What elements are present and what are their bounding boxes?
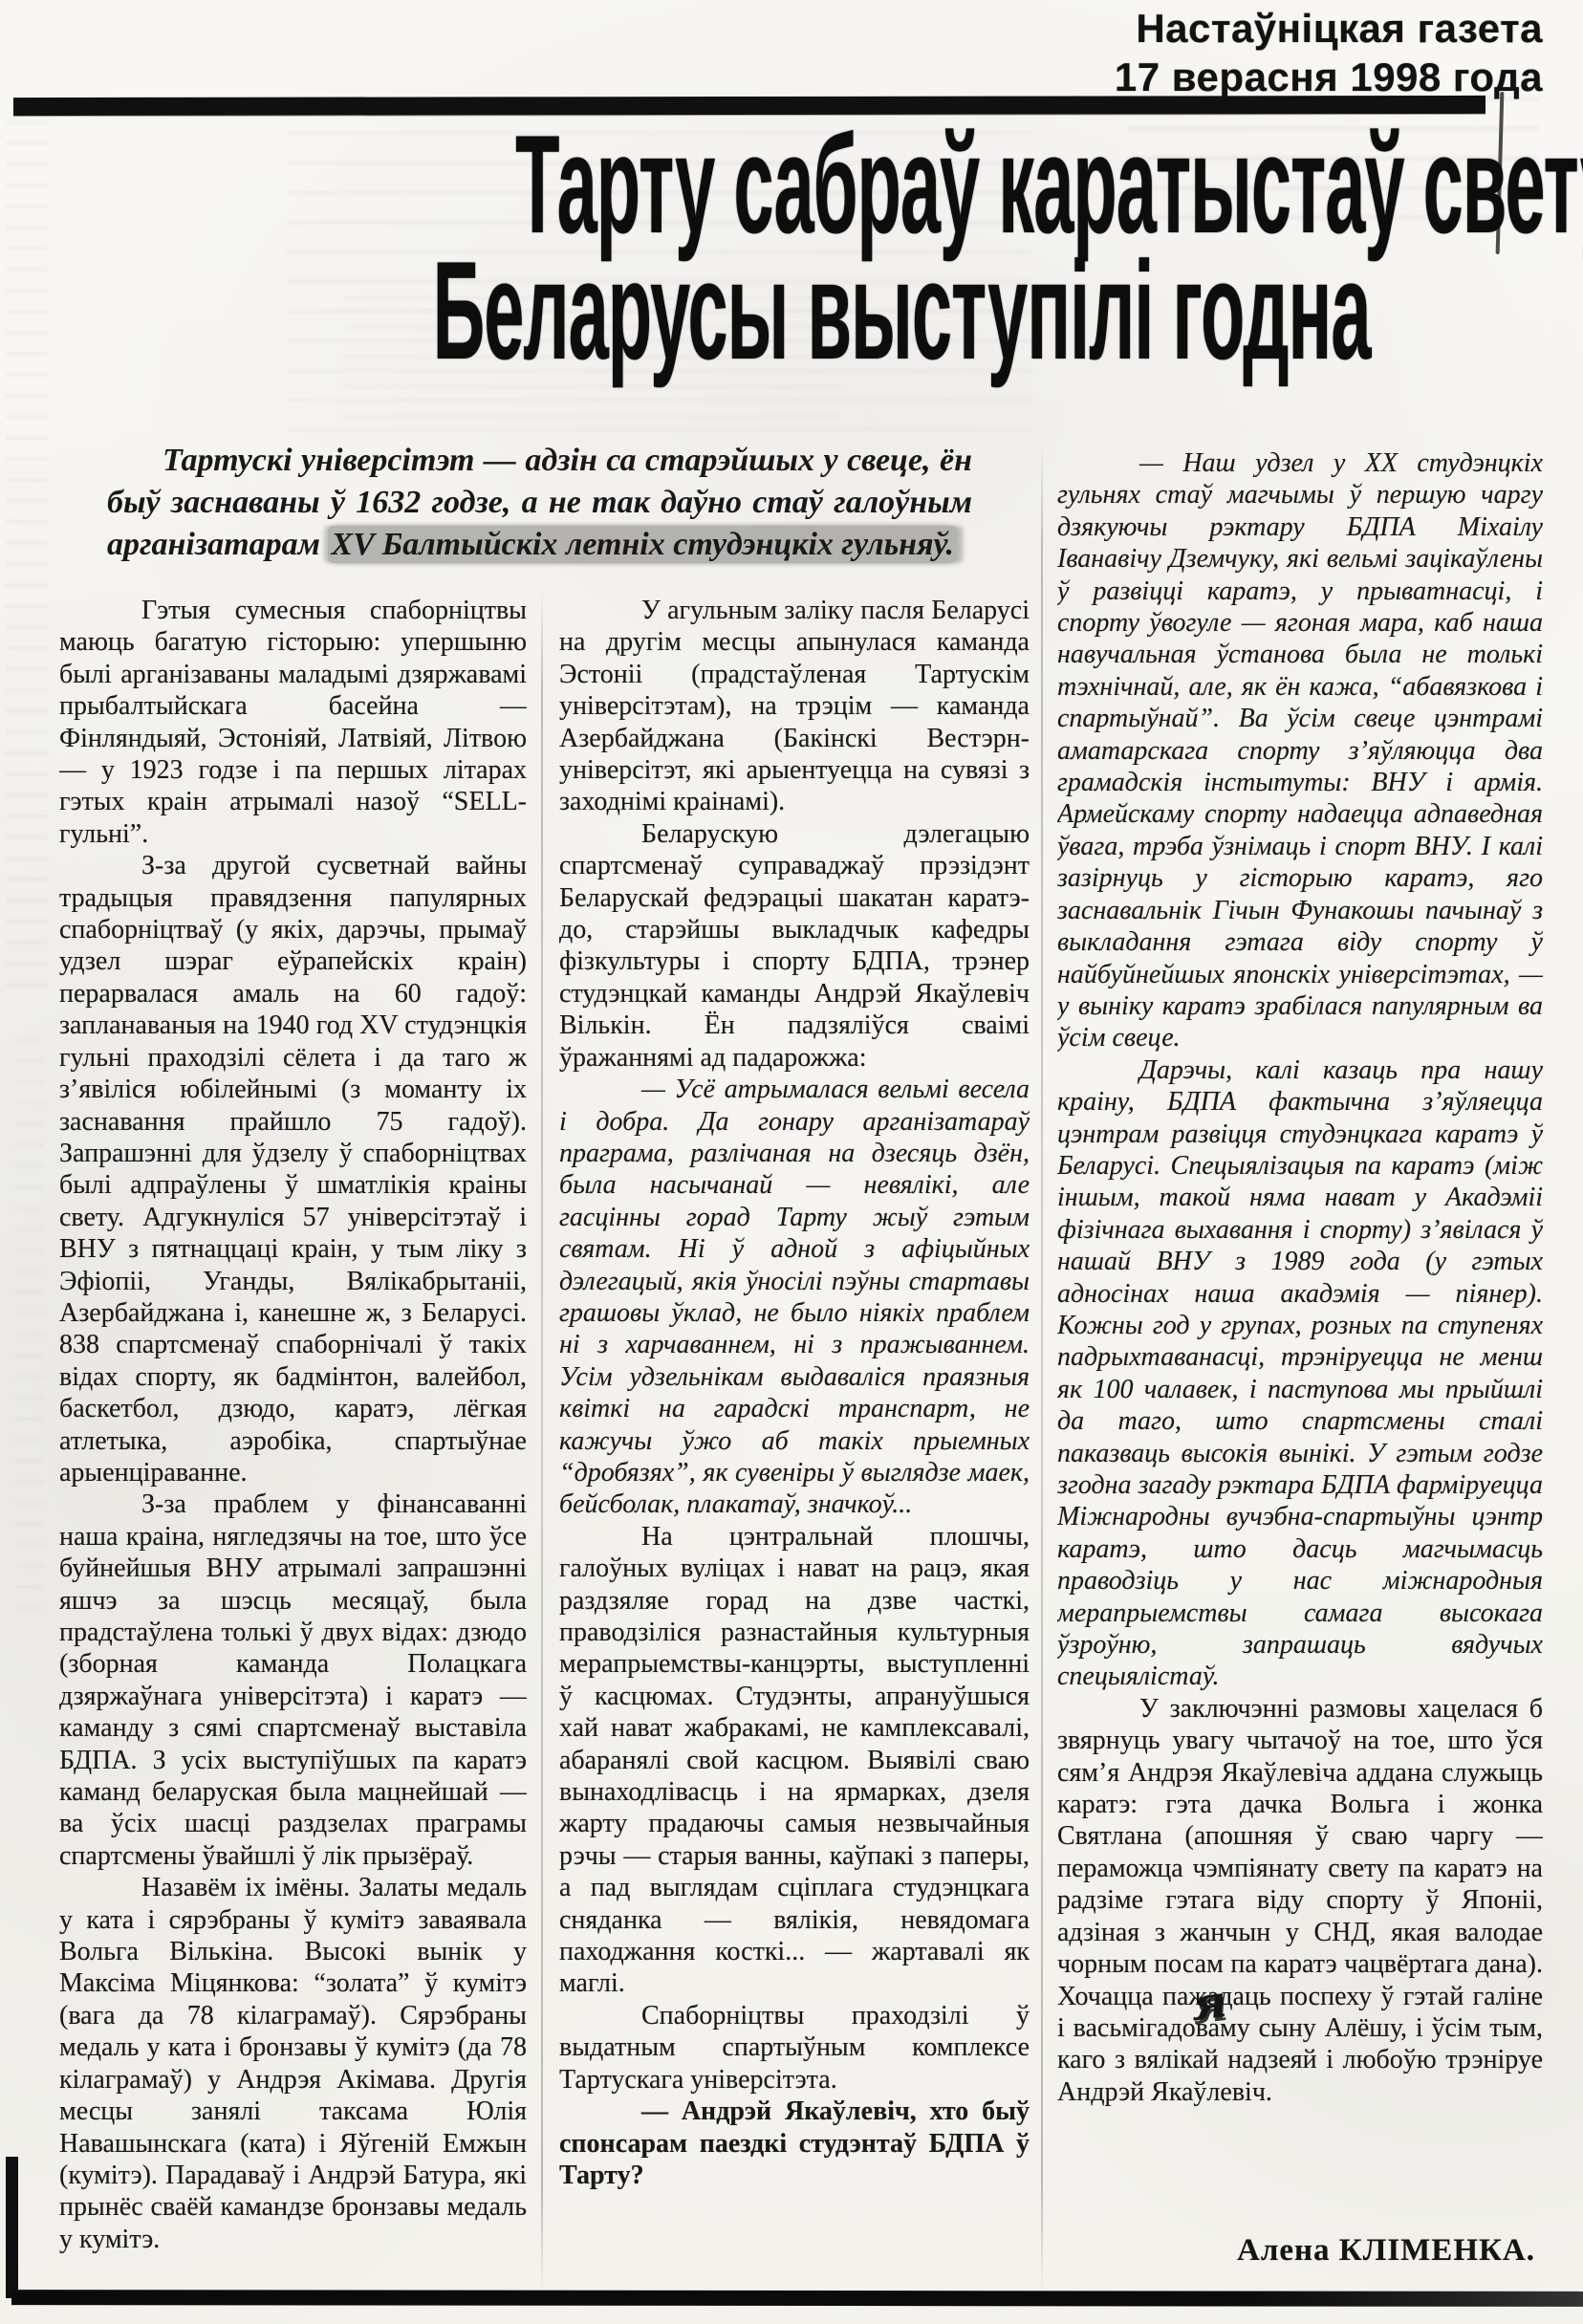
paragraph: На цэнтральнай плошчы, галоўных вуліцах …	[559, 1521, 1030, 2000]
marker-highlight: XV Балтыйскіх летніх студэнцкіх гульняў.	[328, 526, 957, 563]
paragraph: — Наш удзел у XX студэнцкіх гульнях стаў…	[1057, 447, 1543, 1054]
masthead-date: 17 верасня 1998 года	[1115, 53, 1543, 101]
paragraph: — Андрэй Якаўлевіч, хто быў спонсарам па…	[559, 2096, 1030, 2191]
headline-line-2: Беларусы выступілі годна	[0, 241, 1583, 380]
body-column-3: — Наш удзел у XX студэнцкіх гульнях стаў…	[1057, 447, 1543, 2218]
column-divider-1	[541, 589, 543, 2292]
body-column-2: У агульным заліку пасля Беларусі на друг…	[559, 595, 1030, 2279]
paragraph: Гэтыя сумесныя спаборніцтвы маюць багату…	[59, 595, 527, 850]
paragraph: Дарэчы, калі казаць пра нашу краіну, БДП…	[1057, 1054, 1543, 1693]
body-column-1: Гэтыя сумесныя спаборніцтвы маюць багату…	[59, 595, 527, 2279]
paragraph: — Усё атрымалася вельмі весела і добра. …	[559, 1074, 1030, 1521]
newspaper-scan-page: { "masthead": { "line1": "Настаўніцкая г…	[0, 0, 1583, 2324]
paragraph: З-за другой сусветнай вайны традыцыя пра…	[59, 850, 527, 1488]
paragraph: З-за праблем у фінансаванні наша краіна,…	[59, 1488, 527, 1872]
paragraph: Спаборніцтвы праходзілі ў выдатным спарт…	[559, 2000, 1030, 2096]
column-divider-2	[1041, 442, 1043, 2292]
paragraph: У агульным заліку пасля Беларусі на друг…	[559, 595, 1030, 818]
paragraph: Назавём іх імёны. Залаты медаль у ката і…	[59, 1872, 527, 2255]
left-edge-rule	[6, 2157, 18, 2298]
paragraph: Беларускую дэлегацыю спартсменаў суправа…	[559, 818, 1030, 1074]
handwritten-correction: я	[1188, 1975, 1229, 2031]
headline-text-2: Беларусы выступілі годна	[433, 241, 1371, 380]
bleed-through-artifact	[15, 1032, 44, 1625]
bottom-rule	[11, 2290, 1583, 2307]
paragraph: У заключэнні размовы хацелася б звярнуць…	[1057, 1693, 1543, 2108]
byline: Алена КЛІМЕНКА.	[1057, 2233, 1535, 2269]
masthead: Настаўніцкая газета 17 верасня 1998 года	[1115, 4, 1543, 101]
lede-paragraph: Тартускі універсітэт — адзін са старэйшы…	[107, 440, 972, 566]
masthead-title: Настаўніцкая газета	[1115, 4, 1543, 53]
